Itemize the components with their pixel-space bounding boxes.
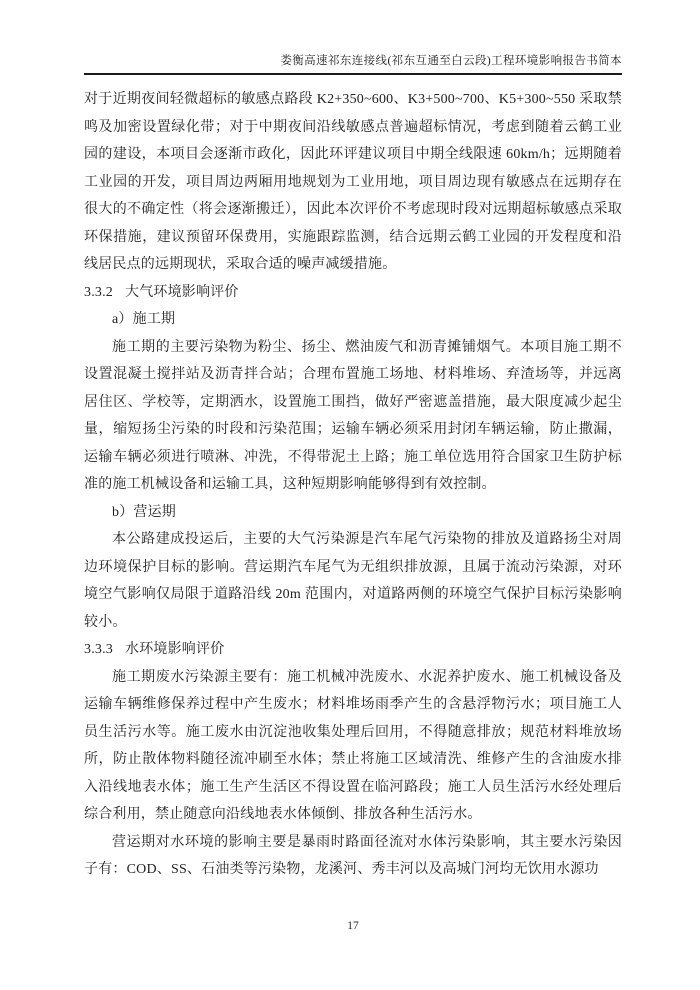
paragraph-construction-air: 施工期的主要污染物为粉尘、扬尘、燃油废气和沥青摊铺烟气。本项目施工期不设置混凝土…: [84, 334, 622, 499]
section-title: 大气环境影响评价: [125, 285, 239, 300]
header-rule: [84, 73, 622, 75]
section-number: 3.3.2: [84, 285, 113, 300]
paragraph-operation-water: 营运期对水环境的影响主要是暴雨时路面径流对水体污染影响，其主要水污染因子有：CO…: [84, 829, 622, 884]
page-footer: 17: [84, 916, 622, 936]
section-heading-3-3-2: 3.3.2大气环境影响评价: [84, 279, 622, 307]
section-heading-3-3-3: 3.3.3水环境影响评价: [84, 636, 622, 664]
header-title: 娄衡高速祁东连接线(祁东互通至白云段)工程环境影响报告书简本: [84, 54, 622, 68]
paragraph-operation-air: 本公路建成投运后，主要的大气污染源是汽车尾气污染物的排放及道路扬尘对周边环境保护…: [84, 526, 622, 636]
document-body: 对于近期夜间轻微超标的敏感点路段 K2+350~600、K3+500~700、K…: [84, 86, 622, 884]
subheading-construction-period: a）施工期: [84, 306, 622, 334]
paragraph-construction-water: 施工期废水污染源主要有：施工机械冲洗废水、水泥养护废水、施工机械设备及运输车辆维…: [84, 664, 622, 829]
section-title: 水环境影响评价: [125, 642, 224, 657]
page-header: 娄衡高速祁东连接线(祁东互通至白云段)工程环境影响报告书简本: [84, 54, 622, 75]
document-page: 娄衡高速祁东连接线(祁东互通至白云段)工程环境影响报告书简本 对于近期夜间轻微超…: [0, 0, 700, 990]
page-number: 17: [84, 916, 622, 936]
subheading-operation-period: b）营运期: [84, 499, 622, 527]
paragraph-noise-mitigation: 对于近期夜间轻微超标的敏感点路段 K2+350~600、K3+500~700、K…: [84, 86, 622, 279]
section-number: 3.3.3: [84, 642, 113, 657]
